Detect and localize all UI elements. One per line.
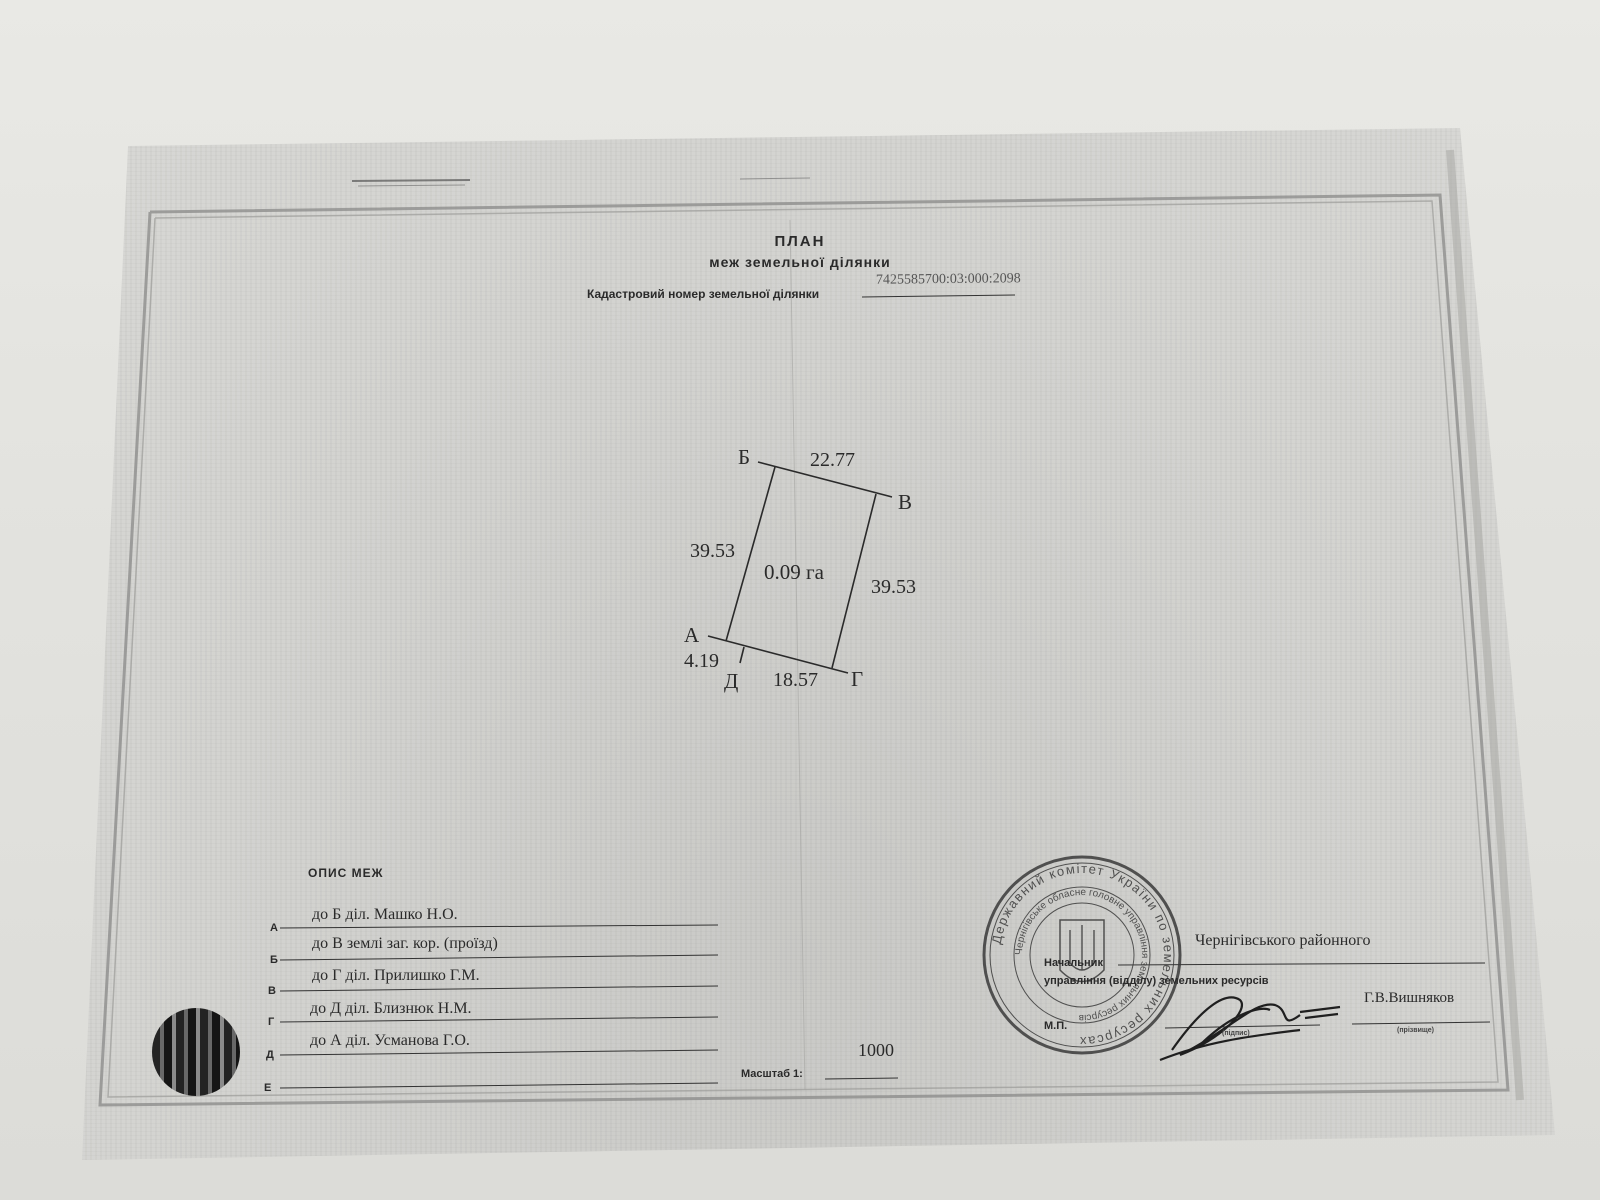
position-line-2: управління (відділу) земельних ресурсів <box>1044 975 1269 987</box>
side-b-v-length: 22.77 <box>810 449 855 472</box>
vertex-g: Г <box>851 667 863 692</box>
side-a-b-length: 39.53 <box>690 540 735 563</box>
redaction-blot <box>152 1008 240 1096</box>
signer-name: Г.В.Вишняков <box>1364 990 1454 1007</box>
office-line: Чернігівського районного <box>1195 932 1370 950</box>
side-v-g-length: 39.53 <box>871 576 916 599</box>
boundaries-heading: ОПИС МЕЖ <box>308 866 383 880</box>
vertex-d: Д <box>724 669 738 694</box>
position-line-1: Начальник <box>1044 957 1103 969</box>
photo-background: Державний комітет України по земельних р… <box>0 0 1600 1200</box>
side-d-a-length: 4.19 <box>684 650 719 673</box>
cadastral-number: 7425585700:03:000:2098 <box>876 271 1021 289</box>
boundary-letter: Д <box>266 1049 274 1061</box>
sign-caption: (підпис) <box>1222 1030 1250 1037</box>
side-g-d-length: 18.57 <box>773 669 818 692</box>
boundary-letter: В <box>268 985 276 997</box>
scale-label: Масштаб 1: <box>741 1068 803 1080</box>
plot-area: 0.09 га <box>764 560 824 585</box>
boundary-letter: Б <box>270 954 278 966</box>
surname-caption: (прізвище) <box>1397 1027 1434 1034</box>
boundary-letter: А <box>270 922 278 934</box>
vertex-b: Б <box>738 445 750 470</box>
boundary-text: до Г діл. Прилишко Г.М. <box>312 967 480 985</box>
vertex-v: В <box>898 490 912 515</box>
cadastral-label: Кадастровий номер земельної ділянки <box>587 287 819 301</box>
boundary-text: до А діл. Усманова Г.О. <box>310 1032 470 1050</box>
vertex-a: А <box>684 623 699 648</box>
boundary-letter: Г <box>268 1016 274 1028</box>
seal-mark: М.П. <box>1044 1020 1067 1032</box>
page-subtitle: меж земельної ділянки <box>0 254 1600 270</box>
page-title: ПЛАН <box>0 233 1600 250</box>
boundary-text: до Б діл. Машко Н.О. <box>312 906 458 924</box>
document-sheet <box>0 0 1600 1200</box>
boundary-text: до Д діл. Близнюк Н.М. <box>310 1000 472 1018</box>
boundary-text: до В землі заг. кор. (проїзд) <box>312 935 498 953</box>
scale-value: 1000 <box>858 1040 894 1061</box>
boundary-letter: Е <box>264 1082 271 1094</box>
